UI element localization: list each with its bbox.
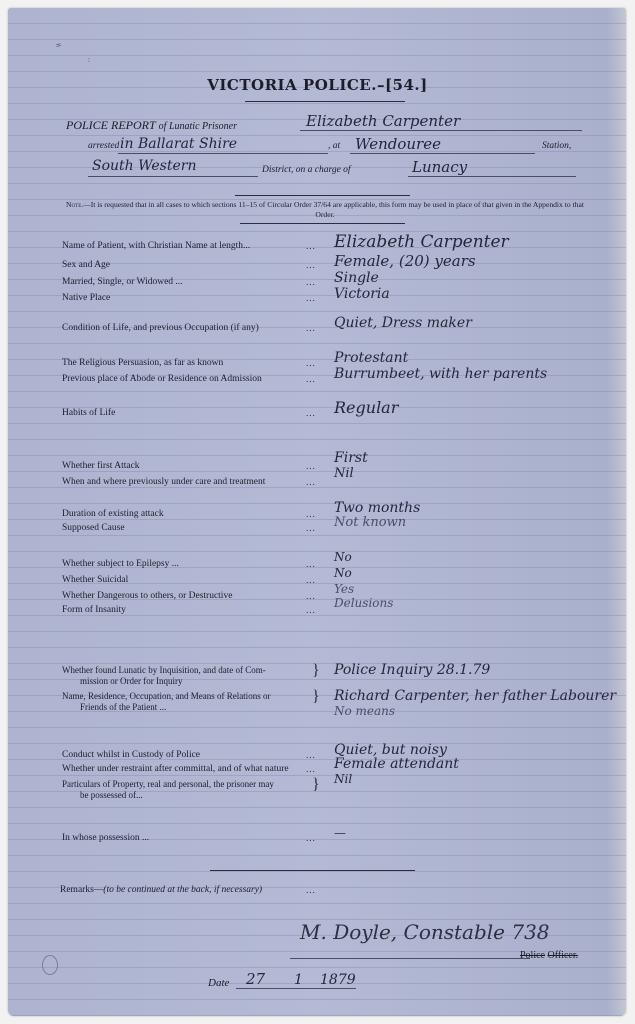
leader-dots: ...	[306, 764, 316, 774]
field-value: Police Inquiry 28.1.79	[334, 662, 490, 678]
field-value: Regular	[334, 398, 398, 417]
signature-title: Police Officer.	[520, 950, 578, 961]
fill-line	[300, 130, 582, 131]
divider	[240, 223, 405, 224]
field-value: Nil	[334, 772, 352, 786]
title-text: VICTORIA POLICE.	[207, 76, 377, 94]
field-label: Supposed Cause	[62, 523, 125, 533]
field-label: Conduct whilst in Custody of Police	[62, 750, 200, 760]
leader-dots: ...	[306, 509, 316, 519]
field-label: Condition of Life, and previous Occupati…	[62, 323, 259, 333]
field-value: First	[334, 450, 368, 466]
field-value: No	[334, 566, 352, 580]
leader-dots: ...	[306, 260, 316, 270]
field-label: Sex and Age	[62, 260, 110, 270]
leader-dots: ...	[306, 323, 316, 333]
district-value: South Western	[92, 158, 196, 174]
date-year: 1879	[320, 972, 356, 988]
leader-dots: ...	[306, 477, 316, 487]
leader-dots: ...	[306, 605, 316, 615]
field-label: Native Place	[62, 293, 110, 303]
note-text: —It is requested that in all cases to wh…	[83, 200, 584, 219]
field-label: When and where previously under care and…	[62, 477, 265, 487]
arrested-label: arrested	[88, 141, 119, 151]
remarks-hint: (to be continued at the back, if necessa…	[103, 885, 262, 895]
field-value: Two months	[334, 500, 420, 516]
leader-dots: ...	[306, 591, 316, 601]
leader-dots: ...	[306, 575, 316, 585]
field-label: Married, Single, or Widowed ...	[62, 277, 183, 287]
field-value: Protestant	[334, 350, 408, 366]
leader-dots: ...	[306, 358, 316, 368]
at-label: , at	[328, 141, 340, 151]
circular-order-note: Note.—It is requested that in all cases …	[60, 200, 590, 220]
station-label: Station,	[542, 141, 571, 151]
officer-signature: M. Doyle, Constable 738	[300, 920, 550, 944]
field-label: Whether found Lunatic by Inquisition, an…	[62, 665, 266, 675]
fill-line	[236, 988, 356, 989]
fill-line	[118, 153, 328, 154]
leader-dots: ...	[306, 885, 316, 895]
officer-word: Officer.	[548, 950, 579, 961]
field-label: Habits of Life	[62, 408, 115, 418]
field-label: Name, Residence, Occupation, and Means o…	[62, 691, 270, 701]
field-label: In whose possession ...	[62, 833, 149, 843]
prisoner-name-value: Elizabeth Carpenter	[306, 112, 460, 130]
divider	[245, 101, 405, 102]
brace: }	[312, 664, 320, 678]
charge-value: Lunacy	[412, 158, 467, 176]
leader-dots: ...	[306, 523, 316, 533]
divider	[210, 870, 415, 871]
field-label: Form of Insanity	[62, 605, 126, 615]
field-value: Single	[334, 270, 379, 286]
pencil-dots: :	[88, 56, 90, 64]
field-value: Nil	[334, 466, 354, 481]
arrested-at-value: in Ballarat Shire	[120, 136, 237, 152]
fill-line	[408, 176, 576, 177]
station-value: Wendouree	[355, 135, 441, 153]
field-value: No	[334, 550, 352, 564]
fill-line	[290, 958, 530, 959]
divider	[235, 195, 410, 196]
fill-line	[88, 176, 258, 177]
punch-hole	[42, 955, 58, 975]
leader-dots: ...	[306, 461, 316, 471]
field-value-continued: No means	[334, 704, 395, 718]
field-label: Particulars of Property, real and person…	[62, 779, 274, 789]
field-label: Whether first Attack	[62, 461, 140, 471]
leader-dots: ...	[306, 277, 316, 287]
field-label-continued: be possessed of...	[80, 790, 143, 800]
field-label: Whether Suicidal	[62, 575, 128, 585]
form-number: [54.]	[385, 76, 428, 94]
leader-dots: ...	[306, 374, 316, 384]
date-month: 1	[294, 972, 303, 988]
lunatic-prisoner-label: of Lunatic Prisoner	[159, 121, 237, 132]
field-value: Quiet, Dress maker	[334, 315, 472, 331]
leader-dots: ...	[306, 241, 316, 251]
field-value: Burrumbeet, with her parents	[334, 366, 547, 382]
field-value: Richard Carpenter, her father Labourer	[334, 688, 616, 704]
leader-dots: ...	[306, 750, 316, 760]
brace: }	[312, 690, 320, 704]
police-word: Police	[520, 950, 545, 961]
field-value: Female, (20) years	[334, 252, 476, 270]
leader-dots: ...	[306, 293, 316, 303]
date-day: 27	[246, 970, 265, 988]
report-label: POLICE REPORT	[66, 118, 156, 132]
field-value: Elizabeth Carpenter	[334, 232, 509, 252]
note-prefix: Note.	[66, 200, 83, 209]
date-label: Date	[208, 977, 229, 989]
brace: }	[312, 778, 320, 792]
field-label: Previous place of Abode or Residence on …	[62, 374, 262, 384]
field-value: Not known	[334, 515, 406, 530]
field-label-continued: mission or Order for Inquiry	[80, 676, 182, 686]
remarks-label: Remarks—(to be continued at the back, if…	[60, 885, 262, 895]
report-header-line: POLICE REPORT of Lunatic Prisoner	[66, 118, 237, 133]
field-value: Delusions	[334, 596, 393, 610]
district-label: District, on a charge of	[262, 165, 351, 175]
field-value: Female attendant	[334, 756, 459, 772]
leader-dots: ...	[306, 833, 316, 843]
leader-dots: ...	[306, 408, 316, 418]
field-label: The Religious Persuasion, as far as know…	[62, 358, 223, 368]
leader-dots: ...	[306, 559, 316, 569]
field-value: —	[334, 826, 346, 840]
field-value: Victoria	[334, 286, 390, 302]
remarks-title: Remarks—	[60, 885, 103, 895]
field-label: Whether Dangerous to others, or Destruct…	[62, 591, 232, 601]
field-label: Duration of existing attack	[62, 509, 164, 519]
field-label: Whether under restraint after committal,…	[62, 764, 289, 774]
field-value: Yes	[334, 582, 354, 596]
field-label-continued: Friends of the Patient ...	[80, 702, 166, 712]
form-title: VICTORIA POLICE.–[54.]	[0, 76, 635, 94]
field-label: Whether subject to Epilepsy ...	[62, 559, 179, 569]
field-label: Name of Patient, with Christian Name at …	[62, 241, 250, 251]
fill-line	[350, 153, 535, 154]
